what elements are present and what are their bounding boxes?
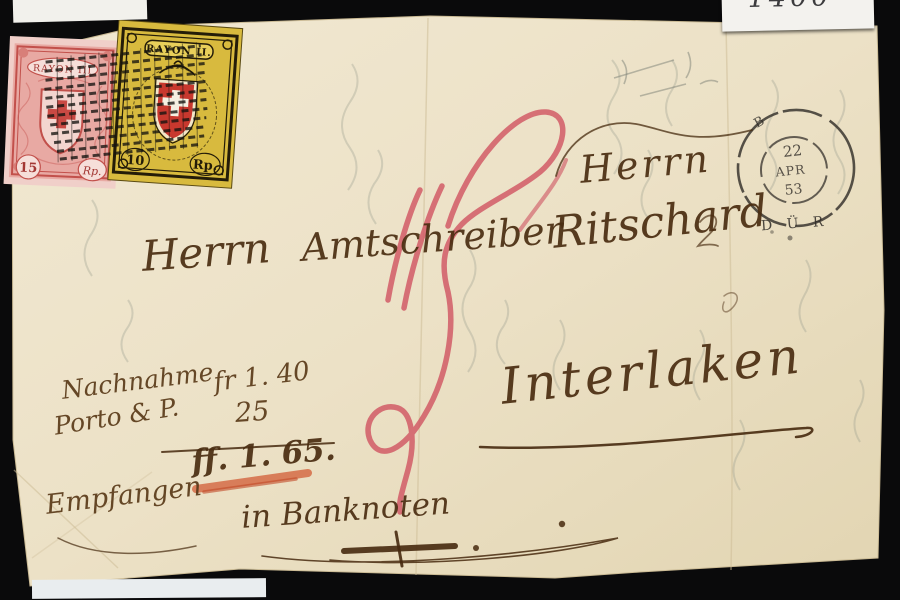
ink-dot — [559, 521, 565, 527]
corner-card-number: 1400 — [747, 0, 832, 14]
stamp-rayon3-unit: Rp. — [81, 164, 101, 178]
cover-photo-scene: RAYON III 15 Rp. RAYON II. 10 Rp. — [0, 0, 900, 600]
ink-dot — [473, 545, 479, 551]
postmark-month: APR — [774, 162, 806, 180]
corner-card: 1400 — [722, 0, 875, 32]
addressee-herrn: Herrn — [140, 223, 272, 281]
stamp-rayon2: RAYON II. 10 Rp. — [108, 20, 243, 188]
stamp-rayon2-unit: Rp. — [192, 158, 217, 175]
postmark-day: 22 — [782, 141, 803, 161]
stamp-rayon2-value: 10 — [126, 153, 145, 169]
postmark-year: 53 — [784, 181, 803, 199]
charge-line2-amount: 25 — [234, 396, 270, 429]
mount-piece-top-left — [13, 0, 148, 23]
mount-piece-bottom-left — [32, 578, 266, 599]
stamp-rayon3-value: 15 — [19, 161, 38, 177]
